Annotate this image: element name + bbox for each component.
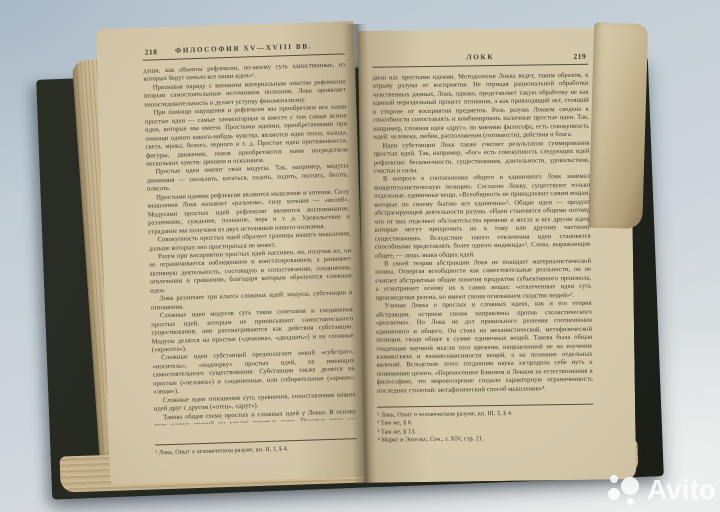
- footnotes-left: ¹ Локк, Опыт о человеческом разуме, кн. …: [155, 438, 357, 458]
- watermark-text: Avito: [647, 474, 716, 506]
- paragraph: Разум при восприятии простых идей пассив…: [149, 247, 352, 296]
- left-page: 218 ФИЛОСОФИЯ XV—XVIII ВВ. души, как объ…: [96, 21, 368, 485]
- footnote: ¹ Локк, Опыт о человеческом разуме, кн. …: [155, 443, 357, 458]
- page-number-left: 218: [145, 47, 158, 56]
- paragraph: Учение Локка о простых и сложных идеях, …: [376, 300, 593, 396]
- paragraph: В вопросе о соотношении общего и единичн…: [374, 173, 591, 261]
- photo-scene: 218 ФИЛОСОФИЯ XV—XVIII ВВ. души, как объ…: [0, 0, 720, 512]
- watermark: Avito: [608, 474, 716, 506]
- paragraph: Сложные идеи модусов суть такие сочетани…: [151, 306, 354, 355]
- running-head-right: ЛОКК: [372, 52, 588, 63]
- page-corner-fold: [588, 23, 648, 230]
- right-page-text: дило нас простыми идеями. Методология Ло…: [372, 72, 593, 409]
- footnotes-right: ¹ Локк, Опыт о человеческом разуме, кн. …: [377, 404, 594, 445]
- page-number-right: 219: [573, 52, 586, 61]
- right-page: ЛОКК 219 дило нас простыми идеями. Метод…: [358, 27, 636, 483]
- paragraph: Сложные идеи субстанций предполагают нек…: [152, 349, 355, 398]
- paragraph: дило нас простыми идеями. Методология Ло…: [372, 72, 589, 143]
- paragraph: При помощи ощущения и рефлексии мы приоб…: [144, 104, 348, 169]
- paragraph: Простыми идеями рефлексии являются мышле…: [147, 188, 350, 237]
- avito-logo-icon: [608, 474, 642, 506]
- paragraph: Идеи субстанции Локк также считает резул…: [373, 139, 589, 176]
- left-page-text: души, как объекты рефлексии, по-моему су…: [143, 61, 356, 425]
- paragraph: В своей теории абстракции Локк не покида…: [375, 258, 592, 303]
